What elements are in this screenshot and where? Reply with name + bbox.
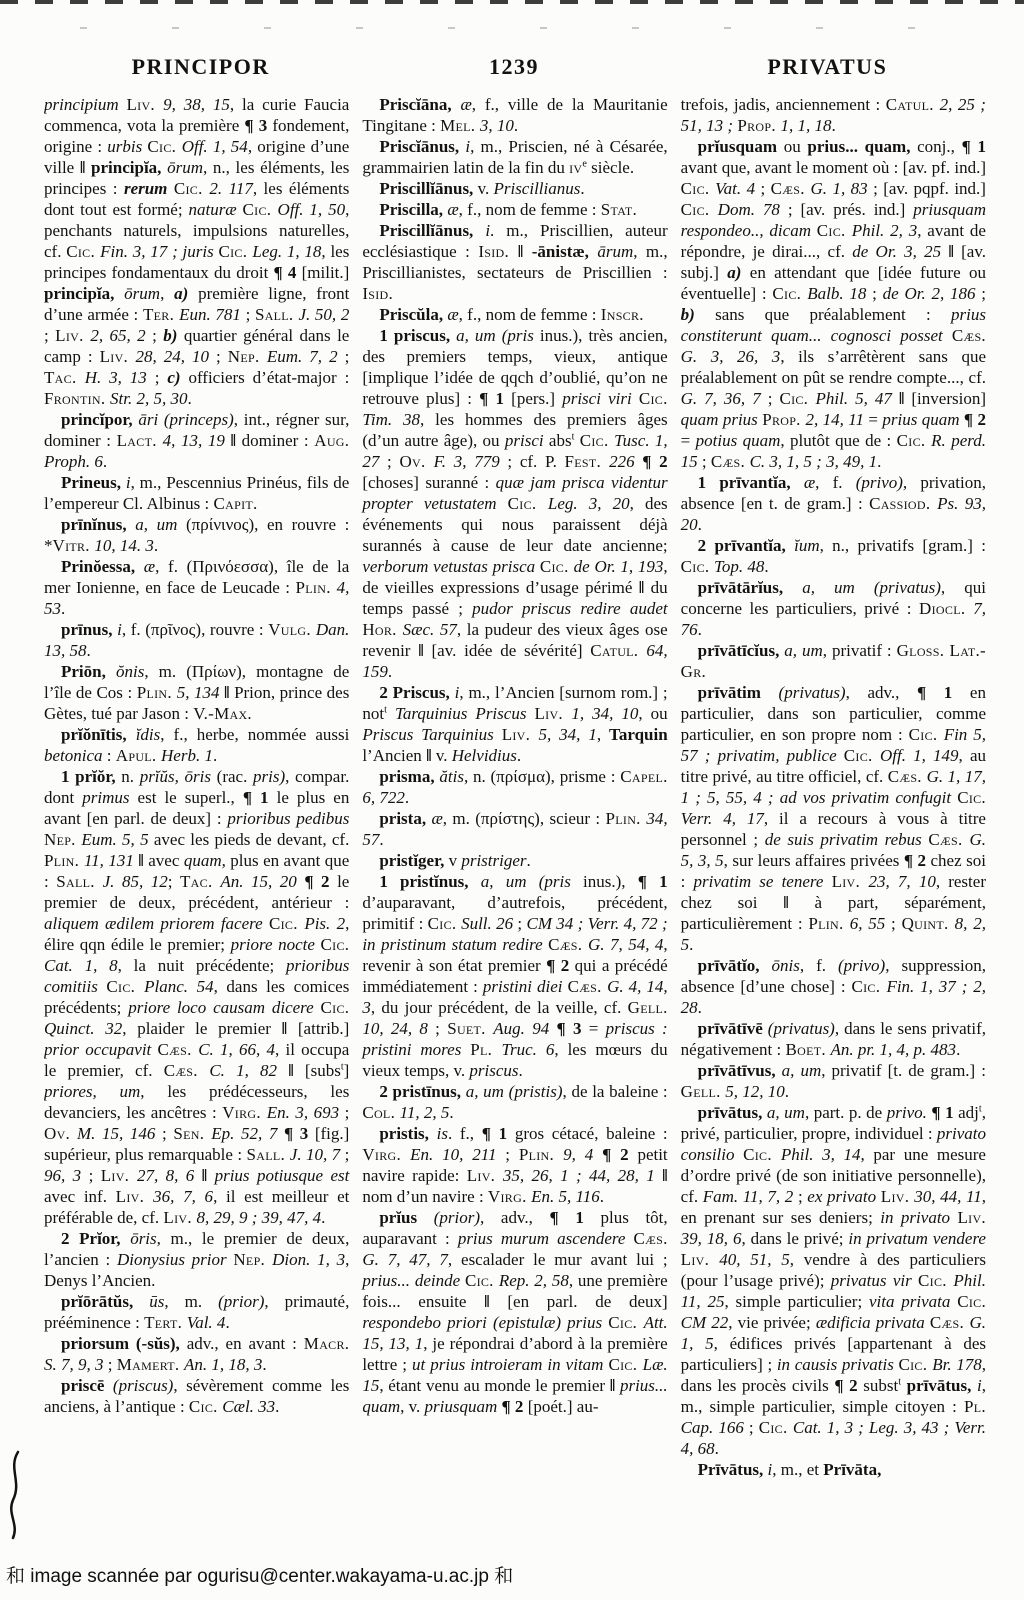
- dictionary-entry: Priscillĭānus, v. Priscillianus.: [362, 178, 667, 199]
- dictionary-entry: Priscŭla, æ, f., nom de femme : Inscr.: [362, 304, 667, 325]
- scan-mark-icon: [4, 1448, 26, 1542]
- dictionary-entry: 2 Prĭor, ōris, m., le premier de deux, l…: [44, 1228, 349, 1291]
- dictionary-entry: priorsum (-sŭs), adv., en avant : Macr. …: [44, 1333, 349, 1375]
- dictionary-entry: prīnĭnus, a, um (πρίνινος), en rouvre : …: [44, 514, 349, 556]
- dictionary-entry: priscē (priscus), sévèrement comme les a…: [44, 1375, 349, 1417]
- dictionary-entry: Priscillĭānus, i. m., Priscillien, auteu…: [362, 220, 667, 304]
- dictionary-columns: principium Liv. 9, 38, 15, la curie Fauc…: [44, 94, 986, 1578]
- dictionary-entry: 1 priscus, a, um (pris inus.), très anci…: [362, 325, 667, 682]
- dictionary-entry: 1 pristĭnus, a, um (pris inus.), ¶ 1 d’a…: [362, 871, 667, 1081]
- scanned-dictionary-page: PRINCIPOR 1239 PRIVATUS principium Liv. …: [0, 0, 1024, 1600]
- header-left-keyword: PRINCIPOR: [44, 54, 357, 80]
- dictionary-entry: Priōn, ŏnis, m. (Πρίων), montagne de l’î…: [44, 661, 349, 724]
- dictionary-entry: prīvātārĭus, a, um (privatus), qui conce…: [681, 577, 986, 640]
- scan-noise-top-icon: [0, 0, 1024, 4]
- dictionary-entry: Prineus, i, m., Pescennius Prinéus, fils…: [44, 472, 349, 514]
- dictionary-column-1: principium Liv. 9, 38, 15, la curie Fauc…: [44, 94, 349, 1578]
- dictionary-entry: trefois, jadis, anciennement : Catul. 2,…: [681, 94, 986, 136]
- dictionary-entry: 2 pristīnus, a, um (pristis), de la bale…: [362, 1081, 667, 1123]
- dictionary-entry: pristis, is. f., ¶ 1 gros cétacé, balein…: [362, 1123, 667, 1207]
- dictionary-column-3: trefois, jadis, anciennement : Catul. 2,…: [681, 94, 986, 1578]
- dictionary-entry: prīnus, i, f. (πρῖνος), rouvre : Vulg. D…: [44, 619, 349, 661]
- dictionary-entry: prīvātim (privatus), adv., ¶ 1 en partic…: [681, 682, 986, 955]
- dictionary-entry: prĭŏnītis, ĭdis, f., herbe, nommée aussi…: [44, 724, 349, 766]
- dictionary-entry: 1 prĭŏr, n. prĭŭs, ōris (rac. pris), com…: [44, 766, 349, 1228]
- dictionary-entry: princĭpor, āri (princeps), int., régner …: [44, 409, 349, 472]
- footer-scan-caption: 和 image scannée par ogurisu@center.wakay…: [6, 1561, 513, 1588]
- dictionary-entry: 2 prīvantĭa, ĭum, n., privatifs [gram.] …: [681, 535, 986, 577]
- dictionary-entry: prisma, ătis, n. (πρίσμα), prisme : Cape…: [362, 766, 667, 808]
- dictionary-entry: Priscilla, æ, f., nom de femme : Stat.: [362, 199, 667, 220]
- running-head: PRINCIPOR 1239 PRIVATUS: [44, 54, 984, 80]
- header-right-keyword: PRIVATUS: [671, 54, 984, 80]
- dictionary-entry: Priscĭāna, æ, f., ville de la Mauritanie…: [362, 94, 667, 136]
- dictionary-entry: prīvātĭo, ōnis, f. (privo), suppression,…: [681, 955, 986, 1018]
- scan-noise-secondary-icon: [80, 27, 964, 29]
- dictionary-entry: prīvātīvē (privatus), dans le sens priva…: [681, 1018, 986, 1060]
- dictionary-entry: prĭusquam ou prius... quam, conj., ¶ 1 a…: [681, 136, 986, 472]
- dictionary-entry: Prinŏessa, æ, f. (Πρινόεσσα), île de la …: [44, 556, 349, 619]
- dictionary-entry: prīvātīcĭus, a, um, privatif : Gloss. La…: [681, 640, 986, 682]
- dictionary-entry: Priscĭānus, i, m., Priscien, né à Césaré…: [362, 136, 667, 178]
- dictionary-entry: 1 prīvantĭa, æ, f. (privo), privation, a…: [681, 472, 986, 535]
- dictionary-entry: Prīvātus, i, m., et Prīvāta,: [681, 1459, 986, 1480]
- header-page-number: 1239: [357, 54, 670, 80]
- dictionary-entry: prista, æ, m. (πρίστης), scieur : Plin. …: [362, 808, 667, 850]
- dictionary-entry: prīvātus, a, um, part. p. de privo. ¶ 1 …: [681, 1102, 986, 1459]
- dictionary-entry: pristĭger, v pristriger.: [362, 850, 667, 871]
- dictionary-entry: principium Liv. 9, 38, 15, la curie Fauc…: [44, 94, 349, 409]
- dictionary-entry: prīvātīvus, a, um, privatif [t. de gram.…: [681, 1060, 986, 1102]
- dictionary-column-2: Priscĭāna, æ, f., ville de la Mauritanie…: [362, 94, 667, 1578]
- dictionary-entry: prĭus (prior), adv., ¶ 1 plus tôt, aupar…: [362, 1207, 667, 1417]
- dictionary-entry: prĭōrātŭs, ūs, m. (prior), primauté, pré…: [44, 1291, 349, 1333]
- dictionary-entry: 2 Priscus, i, m., l’Ancien [surnom rom.]…: [362, 682, 667, 766]
